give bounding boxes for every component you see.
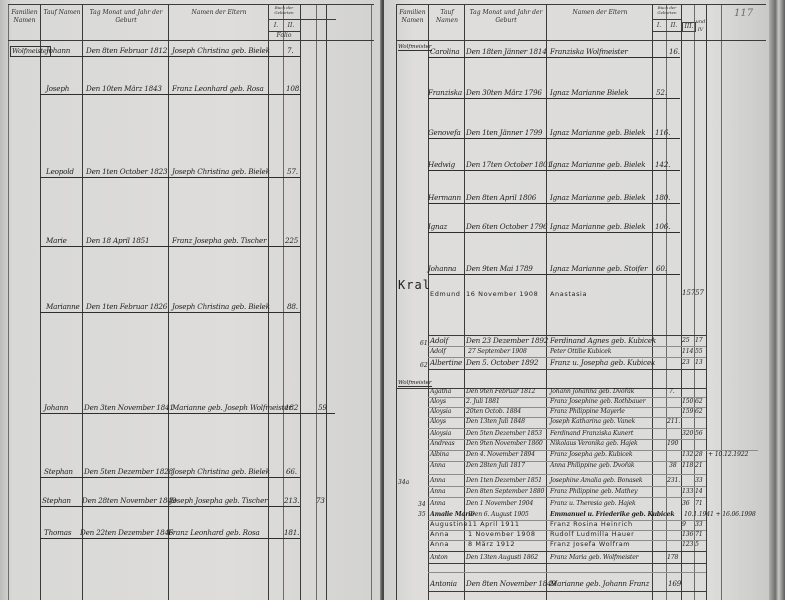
entry-given: Joseph xyxy=(46,84,69,93)
entry-parents: Joseph Christina geb. Bielek xyxy=(172,467,270,476)
entry-date: 1 November 1908 xyxy=(468,530,536,539)
margin-number: 35 xyxy=(418,511,426,518)
entry-date: Den 8ten November 1849 xyxy=(466,579,556,588)
entry-parents: Anna Philippine geb. Dvořák xyxy=(550,461,634,470)
entry-parents: Ignaz Marianne Bielek xyxy=(550,88,628,97)
entry-vol-iii: 71 xyxy=(695,499,702,508)
entry-parents: Anastasia xyxy=(550,290,587,299)
entry-given: Marianne xyxy=(46,302,80,311)
entry-folio: 181. xyxy=(284,528,299,537)
entry-date: Den 23 Dezember 1892 xyxy=(466,336,548,345)
entry-vol-iii: 14 xyxy=(695,487,702,496)
entry-date: Den 13ten Augusti 1862 xyxy=(466,553,538,562)
entry-folio: 108. xyxy=(286,84,301,93)
entry-given: Andreas xyxy=(430,439,455,448)
entry-parents: Franz Josefa Wolfram xyxy=(550,540,630,549)
entry-parents: Peter Ottilie Kubicek xyxy=(550,347,611,356)
entry-vol-iii: 62 xyxy=(695,397,702,406)
entry-parents: Ignaz Marianne geb. Bielek xyxy=(550,160,645,169)
entry-vol-ii: 25 xyxy=(682,336,689,345)
entry-date: 8 März 1912 xyxy=(468,540,515,549)
header-surname: Familien Namen xyxy=(397,9,428,25)
entry-given: Carolina xyxy=(430,47,459,56)
entry-given: Stephan xyxy=(44,467,73,476)
entry-folio: 231. xyxy=(667,476,680,485)
entry-date: Den 6ten October 1796 xyxy=(466,222,547,231)
entry-given: Thomas xyxy=(44,528,71,537)
page-number: 117 xyxy=(734,8,753,19)
entry-given: Aloys xyxy=(430,417,446,426)
entry-given: Albertine xyxy=(430,358,462,367)
entry-folio: 178 xyxy=(667,553,678,562)
entry-date: 2. Juli 1881 xyxy=(466,397,500,406)
entry-date: Den 5ten Dezember 1853 xyxy=(466,429,542,438)
entry-vol-ii: 114 xyxy=(682,347,693,356)
entry-given: Aloys xyxy=(430,397,446,406)
entry-vol-iii: 28 xyxy=(695,450,702,459)
entry-date: Den 9ten Februar 1812 xyxy=(466,387,535,396)
entry-given: Leopold xyxy=(46,167,74,176)
entry-given: Anna xyxy=(430,487,445,496)
entry-folio: 116. xyxy=(655,128,670,137)
entry-date: 20ten Octob. 1884 xyxy=(466,407,521,416)
entry-parents: Ignaz Marianne geb. Stoifer xyxy=(550,264,647,273)
margin-number: 62 xyxy=(420,362,428,369)
header-given-name: Tauf Namen xyxy=(42,9,82,17)
entry-parents: Franz Leonhard geb. Rosa xyxy=(168,528,260,537)
entry-vol-ii: 133 xyxy=(682,487,693,496)
entry-parents: Nikolaus Veronika geb. Hajek xyxy=(550,439,638,448)
entry-note: + 10.12.1922 xyxy=(708,450,748,459)
entry-folio: 142. xyxy=(655,160,670,169)
entry-vol-iii: 55 xyxy=(695,347,702,356)
entry-given: Albina xyxy=(430,450,449,459)
entry-parents: Joseph Christina geb. Bielek xyxy=(172,46,270,55)
entry-folio: 57. xyxy=(287,167,298,176)
entry-parents: Marianne geb. Johann Franz xyxy=(550,579,649,588)
entry-date: Den 3ten November 1841 xyxy=(84,403,174,412)
header-folio: Folio xyxy=(268,32,300,40)
entry-date: Den 13ten Juli 1848 xyxy=(466,417,525,426)
left-page: Familien Namen Tauf Namen Tag Monat und … xyxy=(0,0,382,600)
right-page: Familien Namen Tauf Namen Tag Monat und … xyxy=(384,0,769,600)
entry-date: Den 9ten Mai 1789 xyxy=(466,264,533,273)
entry-parents: Franz Josephine geb. Rothbauer xyxy=(550,397,645,406)
entry-folio: 16. xyxy=(669,47,680,56)
entry-parents: Marianne geb. Joseph Wolfmeister xyxy=(172,403,292,412)
entry-given: Stephan xyxy=(42,496,71,505)
entry-parents: Franz u. Josepha geb. Kubicek xyxy=(550,358,655,367)
entry-vol-ii: 9 xyxy=(682,520,686,529)
entry-date: Den 22ten Dezember 1846 xyxy=(80,528,173,537)
entry-folio: 7. xyxy=(669,387,675,396)
entry-given: Marie xyxy=(46,236,67,245)
entry-given: Anna xyxy=(430,461,445,470)
header-vol-i: I. xyxy=(653,22,665,30)
entry-parents: Franz Philippine geb. Mathey xyxy=(550,487,637,496)
entry-extra: 73 xyxy=(316,496,325,505)
entry-date: Den 6. August 1905 xyxy=(470,510,529,519)
entry-parents: Ferdinand Agnes geb. Kubicek xyxy=(550,336,656,345)
entry-date: Den 18 April 1851 xyxy=(86,236,149,245)
margin-number: 34a xyxy=(398,479,409,486)
entry-parents: Franz u. Theresia geb. Hajek xyxy=(550,499,636,508)
entry-vol-ii: 159 xyxy=(682,407,693,416)
entry-vol-ii: 150 xyxy=(682,397,693,406)
entry-parents: Joseph Christina geb. Bielek xyxy=(172,302,270,311)
header-volume: Buch der Geburten xyxy=(268,5,300,15)
entry-folio: 88. xyxy=(287,302,298,311)
entry-parents: Ignaz Marianne geb. Bielek xyxy=(550,193,645,202)
entry-vol-ii: 157 xyxy=(682,288,695,297)
entry-given: Ignaz xyxy=(428,222,447,231)
entry-vol-ii: 132 xyxy=(682,450,693,459)
entry-date: Den 30ten März 1796 xyxy=(466,88,542,97)
entry-given: Aloysia xyxy=(430,407,451,416)
entry-date: 16 November 1908 xyxy=(466,290,538,299)
header-vol-i: I. xyxy=(270,22,282,30)
entry-folio: 211. xyxy=(667,417,680,426)
entry-date: Den 17ten October 1801 xyxy=(466,160,552,169)
header-parents: Namen der Eltern xyxy=(548,9,652,17)
entry-given: Anna xyxy=(430,530,449,539)
header-extra: und IV xyxy=(695,18,706,34)
entry-folio: 52. xyxy=(656,88,667,97)
header-given-name: Tauf Namen xyxy=(430,9,464,25)
header-surname: Familien Namen xyxy=(9,9,40,25)
entry-vol-iii: 71 xyxy=(695,530,702,539)
entry-given: Anna xyxy=(430,499,445,508)
surname-label-kral: Kral xyxy=(398,278,431,292)
header-volume: Buch der Geburten xyxy=(652,5,682,15)
entry-given: Adolf xyxy=(430,336,448,345)
entry-parents: Franz Leonhard geb. Rosa xyxy=(172,84,264,93)
entry-parents: Franz Josepha geb. Kubicek xyxy=(550,450,632,459)
entry-parents: Joseph Christina geb. Bielek xyxy=(172,167,270,176)
header-birth-date: Tag Monat und Jahr der Geburt xyxy=(84,9,168,25)
entry-parents: Franziska Wolfmeister xyxy=(550,47,628,56)
margin-number: 34 xyxy=(418,501,426,508)
entry-parents: Franz Philippine Mayerle xyxy=(550,407,625,416)
entry-given: Aloysia xyxy=(430,429,451,438)
header-vol-iii: III. xyxy=(682,22,696,32)
header-birth-date: Tag Monat und Jahr der Geburt xyxy=(466,9,546,25)
entry-parents: Emmanuel u. Friederike geb. Kubicek xyxy=(550,510,674,519)
entry-given: Anna xyxy=(430,540,449,549)
entry-vol-iii: 57 xyxy=(695,288,704,297)
entry-parents: Franz Maria geb. Wolfmeister xyxy=(550,553,638,562)
entry-date: Den 8ten September 1880 xyxy=(466,487,544,496)
entry-date: Den 1ten Februar 1826 xyxy=(86,302,167,311)
entry-folio: 60. xyxy=(656,264,667,273)
entry-vol-iii: 33 xyxy=(695,476,702,485)
entry-vol-iii: 21 xyxy=(695,461,702,470)
entry-parents: Johann Johanna geb. Dvořák xyxy=(550,387,634,396)
entry-folio: 38 xyxy=(669,461,676,470)
entry-vol-ii: 320 xyxy=(682,429,693,438)
entry-date: Den 1ten Jänner 1799 xyxy=(466,128,542,137)
entry-date: Den 1ten Dezember 1851 xyxy=(466,476,542,485)
entry-date: Den 28ten November 1849 xyxy=(82,496,176,505)
entry-date: Den 5. October 1892 xyxy=(466,358,538,367)
entry-given: Agatha xyxy=(430,387,451,396)
entry-date: Den 9ten November 1860 xyxy=(466,439,543,448)
entry-parents: Josephine Amalia geb. Bonasek xyxy=(550,476,642,485)
entry-given: Hermann xyxy=(428,193,461,202)
entry-date: Den 1 November 1904 xyxy=(466,499,533,508)
entry-given: Anna xyxy=(430,476,445,485)
entry-vol-iii: 56 xyxy=(695,429,702,438)
entry-vol-iii: 5 xyxy=(695,540,699,549)
header-vol-ii: II. xyxy=(284,22,298,30)
entry-parents: Joseph Josepha geb. Tischer xyxy=(170,496,267,505)
entry-extra: 59 xyxy=(318,403,327,412)
entry-folio: 169 xyxy=(668,579,681,588)
entry-given: Johann xyxy=(44,403,68,412)
entry-vol-ii: 36 xyxy=(682,499,689,508)
entry-vol-ii: 23 xyxy=(682,358,689,367)
entry-date: Den 4. November 1894 xyxy=(466,450,535,459)
entry-parents: Franz Josepha geb. Tischer xyxy=(172,236,266,245)
entry-given: Adolf xyxy=(430,347,445,356)
entry-folio: 180. xyxy=(655,193,670,202)
entry-folio: 190 xyxy=(667,439,678,448)
entry-folio: 7. xyxy=(287,46,293,55)
header-parents: Namen der Eltern xyxy=(170,9,268,17)
entry-folio: 66. xyxy=(286,467,297,476)
entry-parents: Franz Rosina Heinrich xyxy=(550,520,633,529)
entry-vol-iii: 33 xyxy=(695,520,702,529)
entry-date: Den 8ten April 1806 xyxy=(466,193,536,202)
book-edge xyxy=(769,0,785,600)
entry-vol-iii: 13 xyxy=(695,358,702,367)
margin-number: 61 xyxy=(420,340,428,347)
entry-folio: 225 xyxy=(285,236,298,245)
entry-date: Den 10ten März 1843 xyxy=(86,84,162,93)
register-spread: Familien Namen Tauf Namen Tag Monat und … xyxy=(0,0,785,600)
entry-parents: Ignaz Marianne geb. Bielek xyxy=(550,222,645,231)
entry-date: Den 8ten Februar 1812 xyxy=(86,46,167,55)
entry-vol-ii: 136 xyxy=(682,530,693,539)
entry-parents: Rudolf Ludmilla Hauer xyxy=(550,530,634,539)
entry-note: 10.1.1941 + 16.06.1998 xyxy=(684,510,756,519)
entry-given: Antonia xyxy=(430,579,457,588)
entry-vol-ii: 123 xyxy=(682,540,693,549)
entry-date: Den 18ten Jänner 1814 xyxy=(466,47,547,56)
entry-given: Augustine xyxy=(430,520,468,529)
entry-vol-iii: 62 xyxy=(695,407,702,416)
entry-given: Edmund xyxy=(430,290,461,299)
entry-date: Den 1ten October 1823 xyxy=(86,167,167,176)
entry-given: Johanna xyxy=(428,264,456,273)
entry-date: Den 28ten Juli 1817 xyxy=(466,461,525,470)
entry-vol-iii: 17 xyxy=(695,336,702,345)
entry-folio: 213. xyxy=(284,496,299,505)
entry-given: Franziska xyxy=(428,88,462,97)
header-vol-ii: II. xyxy=(667,22,681,30)
entry-parents: Joseph Katharina geb. Vanek xyxy=(550,417,635,426)
entry-given: Johann xyxy=(46,46,70,55)
entry-parents: Ignaz Marianne geb. Bielek xyxy=(550,128,645,137)
entry-given: Anton xyxy=(430,553,448,562)
entry-date: 11 April 1911 xyxy=(468,520,520,529)
entry-vol-ii: 118 xyxy=(682,461,693,470)
entry-given: Amalie Marie xyxy=(430,510,474,519)
entry-given: Genovefa xyxy=(428,128,461,137)
entry-folio: 182 xyxy=(285,403,298,412)
entry-folio: 106. xyxy=(655,222,670,231)
entry-parents: Ferdinand Franziska Kunert xyxy=(550,429,633,438)
surname-label: Wolfmeister xyxy=(398,44,432,51)
entry-date: 27 September 1908 xyxy=(468,347,527,356)
entry-given: Hedwig xyxy=(428,160,455,169)
surname-label: Wolfmeister xyxy=(398,380,432,387)
entry-date: Den 5ten Dezember 1828 xyxy=(84,467,173,476)
